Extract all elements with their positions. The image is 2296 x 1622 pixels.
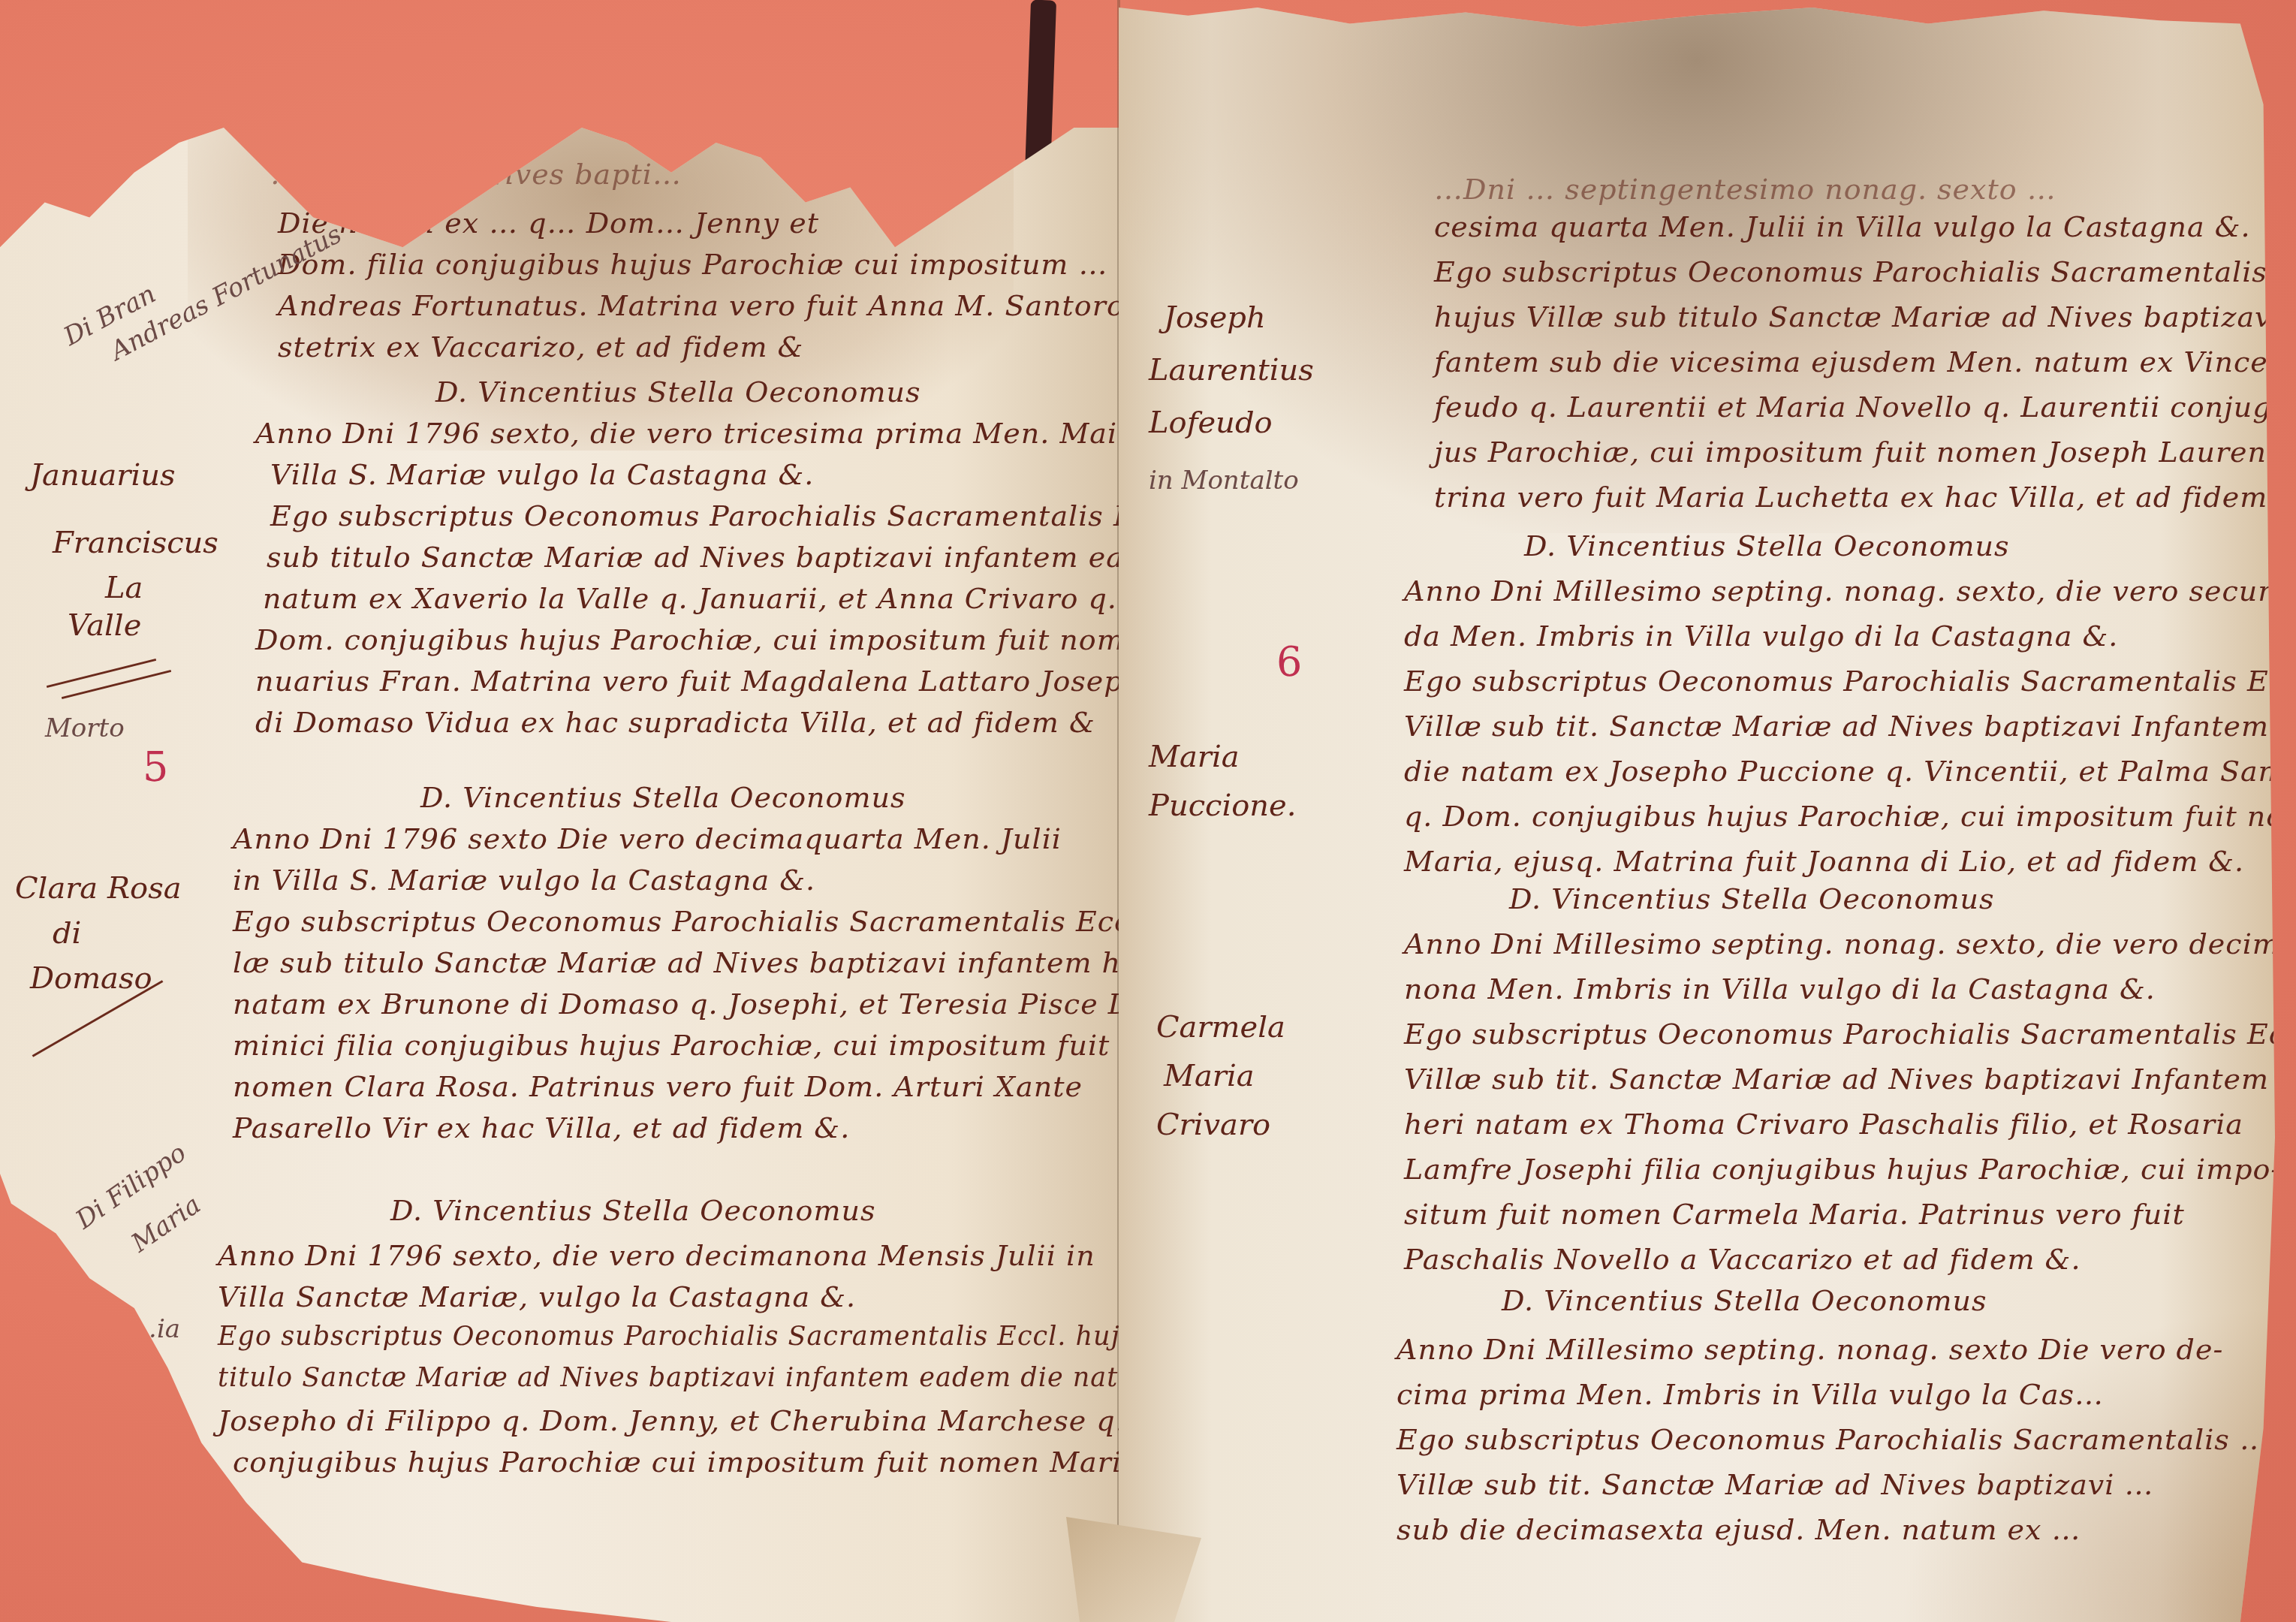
entry-line: Villa Sanctæ Mariæ, vulgo la Castagna &. [218,1280,856,1313]
entry-line: Maria, ejusq. Matrina fuit Joanna di Lio… [1404,845,2244,878]
entry-line: Ego subscriptus Oeconomus Parochialis Sa… [270,499,1119,532]
fragment-line: cesima quarta Men. Julii in Villa vulgo … [1434,210,2251,243]
margin-name: Valle [68,608,141,643]
margin-name: di [53,916,81,951]
entry-line: Anno Dni 1796 sexto, die vero decimanona… [218,1239,1095,1272]
entry-line: natam ex Brunone di Domaso q. Josephi, e… [233,987,1119,1021]
entry-line: læ sub titulo Sanctæ Mariæ ad Nives bapt… [233,946,1119,979]
signature: D. Vincentius Stella Oeconomus [1502,1284,1987,1317]
entry-line: situm fuit nomen Carmela Maria. Patrinus… [1404,1198,2185,1231]
margin-rule [47,659,156,688]
entry-line: q. Dom. conjugibus hujus Parochiæ, cui i… [1404,800,2275,833]
fragment-line: Dom. filia conjugibus hujus Parochiæ cui… [278,248,1119,281]
entry-line: Anno Dni Millesimo septing. nonag. sexto… [1404,574,2275,607]
entry-line: Anno Dni Millesimo septing. nonag. sexto… [1404,927,2275,960]
margin-name: La [105,571,143,605]
entry-line: Anno Dni Millesimo septing. nonag. sexto… [1397,1333,2223,1366]
right-page: …Dni … septingentesimo nonag. sexto … ce… [1119,8,2275,1622]
entry-line: Villa S. Mariæ vulgo la Castagna &. [270,458,814,491]
entry-line: Josepho di Filippo q. Dom. Jenny, et Che… [218,1404,1119,1437]
fragment-line: jus Parochiæ, cui impositum fuit nomen J… [1434,436,2275,469]
entry-line: Ego subscriptus Oeconomus Parochialis Sa… [218,1322,1119,1352]
margin-name: Joseph [1164,300,1266,335]
fragment-line: stetrix ex Vaccarizo, et ad fidem & [278,330,803,363]
entry-line: da Men. Imbris in Villa vulgo di la Cast… [1404,620,2118,653]
margin-rule [62,670,171,699]
entry-line: nomen Clara Rosa. Patrinus vero fuit Dom… [233,1070,1083,1103]
entry-line: Ego subscriptus Oeconomus Parochialis Sa… [1397,1423,2269,1456]
entry-line: Ego subscriptus Oeconomus Parochialis Sa… [1404,1018,2275,1051]
entry-line: conjugibus hujus Parochiæ cui impositum … [233,1446,1119,1479]
margin-name: Clara Rosa [15,871,182,906]
entry-line: Dom. conjugibus hujus Parochiæ, cui impo… [255,623,1119,656]
signature: D. Vincentius Stella Oeconomus [435,375,921,409]
margin-name: Crivaro [1156,1108,1270,1142]
entry-line: die natam ex Josepho Puccione q. Vincent… [1404,755,2275,788]
margin-name: Maria [1149,740,1240,774]
entry-line: cima prima Men. Imbris in Villa vulgo la… [1397,1378,2104,1411]
fragment-line: Andreas Fortunatus. Matrina vero fuit An… [278,289,1119,322]
entry-line: sub titulo Sanctæ Mariæ ad Nives baptiza… [267,541,1119,574]
entry-line: sub die decimasexta ejusd. Men. natum ex… [1397,1513,2081,1546]
entry-line: nuarius Fran. Matrina vero fuit Magdalen… [255,665,1119,698]
margin-name: Carmela [1156,1010,1285,1045]
entry-line: Pasarello Vir ex hac Villa, et ad fidem … [233,1111,850,1144]
margin-name: Laurentius [1149,353,1314,387]
entry-line: Villæ sub tit. Sanctæ Mariæ ad Nives bap… [1404,710,2275,743]
entry-line: in Villa S. Mariæ vulgo la Castagna &. [233,864,815,897]
fragment-line: feudo q. Laurentii et Maria Novello q. L… [1434,390,2275,424]
entry-line: Ego subscriptus Oeconomus Parochialis Sa… [1404,665,2275,698]
entry-line: natum ex Xaverio la Valle q. Januarii, e… [263,582,1117,615]
entry-line: Paschalis Novello a Vaccarizo et ad fide… [1404,1243,2081,1276]
entry-line: di Domaso Vidua ex hac supradicta Villa,… [255,706,1095,739]
signature: D. Vincentius Stella Oeconomus [420,781,905,814]
entry-line: Villæ sub tit. Sanctæ Mariæ ad Nives bap… [1404,1063,2269,1096]
entry-line: Anno Dni 1796 sexto Die vero decimaquart… [233,822,1062,855]
entry-line: Anno Dni 1796 sexto, die vero tricesima … [255,417,1119,450]
margin-name: Lofeudo [1149,405,1273,440]
margin-note: Morto [45,713,125,743]
entry-line: heri natam ex Thoma Crivaro Paschalis fi… [1404,1108,2243,1141]
margin-name: Franciscus [53,526,218,560]
entry-line: minici filia conjugibus hujus Parochiæ, … [233,1029,1110,1062]
signature: D. Vincentius Stella Oeconomus [1509,882,1994,915]
page-number: 6 [1276,638,1302,686]
fragment-line: fantem sub die vicesima ejusdem Men. nat… [1434,345,2275,378]
signature: D. Vincentius Stella Oeconomus [390,1194,875,1227]
margin-name: Maria [126,1189,206,1259]
fragment-line: trina vero fuit Maria Luchetta ex hac Vi… [1434,481,2275,514]
entry-line: nona Men. Imbris in Villa vulgo di la Ca… [1404,972,2156,1005]
margin-name: Puccione. [1149,788,1297,823]
entry-line: titulo Sanctæ Mariæ ad Nives baptizavi i… [218,1363,1119,1393]
signature: D. Vincentius Stella Oeconomus [1524,529,2009,562]
entry-line: Lamfre Josephi filia conjugibus hujus Pa… [1404,1153,2275,1186]
entry-line: Villæ sub tit. Sanctæ Mariæ ad Nives bap… [1397,1468,2154,1501]
fragment-line: hujus Villæ sub titulo Sanctæ Mariæ ad N… [1434,300,2275,333]
margin-name: Maria [1164,1059,1255,1093]
margin-name: Domaso [30,961,152,996]
entry-line: Ego subscriptus Oeconomus Parochialis Sa… [233,905,1119,938]
fragment-line: …Dni … septingentesimo nonag. sexto … [1434,173,2056,206]
fragment-line: Ego subscriptus Oeconomus Parochialis Sa… [1434,255,2275,288]
page-number: 5 [143,743,168,791]
margin-name: in Montalto [1149,466,1299,496]
margin-name: Januarius [30,458,175,493]
